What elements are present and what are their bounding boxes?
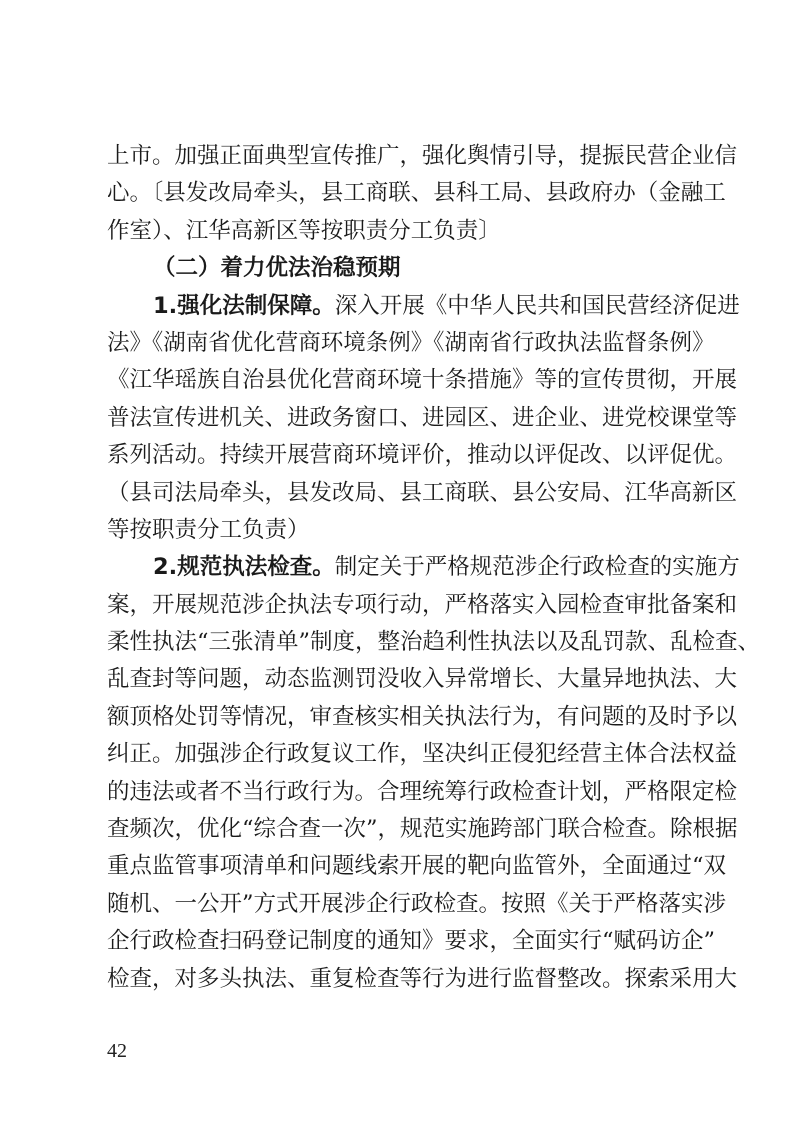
body-text-line: 法》《湖南省优化营商环境条例》《湖南省行政执法监督条例》 bbox=[107, 325, 695, 362]
body-text-line: （县司法局牵头，县发改局、县工商联、县公安局、江华高新区 bbox=[107, 475, 695, 512]
body-text-line: 等按职责分工负责） bbox=[107, 512, 695, 549]
body-text-line: 查频次，优化“综合查一次”，规范实施跨部门联合检查。除根据 bbox=[107, 811, 695, 848]
paragraph-item-2-first-line: 2.规范执法检查。制定关于严格规范涉企行政检查的实施方 bbox=[107, 549, 695, 586]
item-1-title: 1.强化法制保障。 bbox=[153, 293, 335, 319]
item-2-title: 2.规范执法检查。 bbox=[153, 554, 335, 580]
body-text-line: 额顶格处罚等情况，审查核实相关执法行为，有问题的及时予以 bbox=[107, 699, 695, 736]
body-text-line: 乱查封等问题，动态监测罚没收入异常增长、大量异地执法、大 bbox=[107, 661, 695, 698]
document-page: 上市。加强正面典型宣传推广，强化舆情引导，提振民营企业信 心。〔县发改局牵头，县… bbox=[107, 138, 695, 998]
body-text-line: 企行政检查扫码登记制度的通知》要求，全面实行“赋码访企” bbox=[107, 923, 695, 960]
body-text-line: 心。〔县发改局牵头，县工商联、县科工局、县政府办（金融工 bbox=[107, 175, 695, 212]
body-text-line: 的违法或者不当行政行为。合理统筹行政检查计划，严格限定检 bbox=[107, 774, 695, 811]
body-text-line: 上市。加强正面典型宣传推广，强化舆情引导，提振民营企业信 bbox=[107, 138, 695, 175]
body-text-line: 随机、一公开”方式开展涉企行政检查。按照《关于严格落实涉 bbox=[107, 886, 695, 923]
body-text-line: 纠正。加强涉企行政复议工作，坚决纠正侵犯经营主体合法权益 bbox=[107, 736, 695, 773]
body-text: 制定关于严格规范涉企行政检查的实施方 bbox=[335, 554, 740, 580]
paragraph-item-1-first-line: 1.强化法制保障。深入开展《中华人民共和国民营经济促进 bbox=[107, 288, 695, 325]
body-text-line: 柔性执法“三张清单”制度，整治趋利性执法以及乱罚款、乱检查、 bbox=[107, 624, 695, 661]
body-text-line: 《江华瑶族自治县优化营商环境十条措施》等的宣传贯彻，开展 bbox=[107, 362, 695, 399]
body-text-line: 检查，对多头执法、重复检查等行为进行监督整改。探索采用大 bbox=[107, 961, 695, 998]
body-text-line: 重点监管事项清单和问题线索开展的靶向监管外，全面通过“双 bbox=[107, 848, 695, 885]
section-heading: （二）着力优法治稳预期 bbox=[107, 250, 695, 287]
page-number: 42 bbox=[107, 1040, 127, 1063]
body-text-line: 作室）、江华高新区等按职责分工负责〕 bbox=[107, 213, 695, 250]
body-text-line: 普法宣传进机关、进政务窗口、进园区、进企业、进党校课堂等 bbox=[107, 400, 695, 437]
body-text-line: 系列活动。持续开展营商环境评价，推动以评促改、以评促优。 bbox=[107, 437, 695, 474]
body-text: 深入开展《中华人民共和国民营经济促进 bbox=[335, 293, 740, 319]
body-text-line: 案，开展规范涉企执法专项行动，严格落实入园检查审批备案和 bbox=[107, 587, 695, 624]
